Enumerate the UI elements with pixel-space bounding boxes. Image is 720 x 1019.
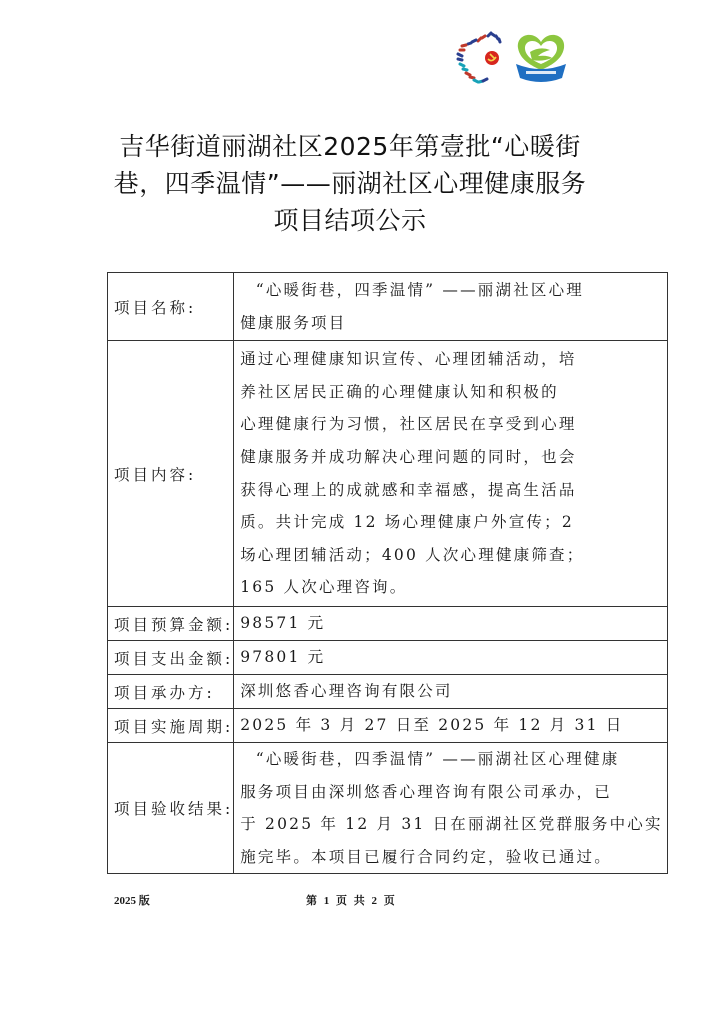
value-period: 2025 年 3 月 27 日至 2025 年 12 月 31 日 xyxy=(234,709,667,743)
label-period: 项目实施周期: xyxy=(108,709,234,743)
project-info-table: 项目名称: “心暖街巷，四季温情” ——丽湖社区心理 健康服务项目 项目内容: … xyxy=(107,272,668,874)
party-heart-logo-icon xyxy=(452,28,510,88)
table-row-expenditure: 项目支出金额: 97801 元 xyxy=(108,641,668,675)
value-contractor: 深圳悠香心理咨询有限公司 xyxy=(234,675,667,709)
footer-version: 2025 版 xyxy=(114,892,150,908)
label-project-name: 项目名称: xyxy=(108,273,234,341)
table-row-project-name: 项目名称: “心暖街巷，四季温情” ——丽湖社区心理 健康服务项目 xyxy=(108,273,668,341)
table-row-period: 项目实施周期: 2025 年 3 月 27 日至 2025 年 12 月 31 … xyxy=(108,709,668,743)
label-contractor: 项目承办方: xyxy=(108,675,234,709)
value-budget: 98571 元 xyxy=(234,607,667,641)
title-line-3: 项目结项公示 xyxy=(100,202,600,239)
label-project-content: 项目内容: xyxy=(108,341,234,607)
table-row-budget: 项目预算金额: 98571 元 xyxy=(108,607,668,641)
title-line-2: 巷，四季温情”——丽湖社区心理健康服务 xyxy=(100,165,600,202)
header-logos xyxy=(452,28,582,88)
value-project-content: 通过心理健康知识宣传、心理团辅活动，培 养社区居民正确的心理健康认知和积极的 心… xyxy=(234,341,667,607)
footer-page-number: 第 1 页 共 2 页 xyxy=(306,892,397,908)
table-row-acceptance: 项目验收结果: “心暖街巷，四季温情” ——丽湖社区心理健康 服务项目由深圳悠香… xyxy=(108,743,668,874)
page-title: 吉华街道丽湖社区2025年第壹批“心暖街 巷，四季温情”——丽湖社区心理健康服务… xyxy=(100,128,600,239)
title-line-1: 吉华街道丽湖社区2025年第壹批“心暖街 xyxy=(100,128,600,165)
value-expenditure: 97801 元 xyxy=(234,641,667,675)
label-expenditure: 项目支出金额: xyxy=(108,641,234,675)
community-service-logo-icon xyxy=(512,30,570,86)
table-row-project-content: 项目内容: 通过心理健康知识宣传、心理团辅活动，培 养社区居民正确的心理健康认知… xyxy=(108,341,668,607)
table-row-contractor: 项目承办方: 深圳悠香心理咨询有限公司 xyxy=(108,675,668,709)
value-acceptance: “心暖街巷，四季温情” ——丽湖社区心理健康 服务项目由深圳悠香心理咨询有限公司… xyxy=(234,743,667,874)
label-budget: 项目预算金额: xyxy=(108,607,234,641)
value-project-name: “心暖街巷，四季温情” ——丽湖社区心理 健康服务项目 xyxy=(234,273,667,341)
label-acceptance: 项目验收结果: xyxy=(108,743,234,874)
